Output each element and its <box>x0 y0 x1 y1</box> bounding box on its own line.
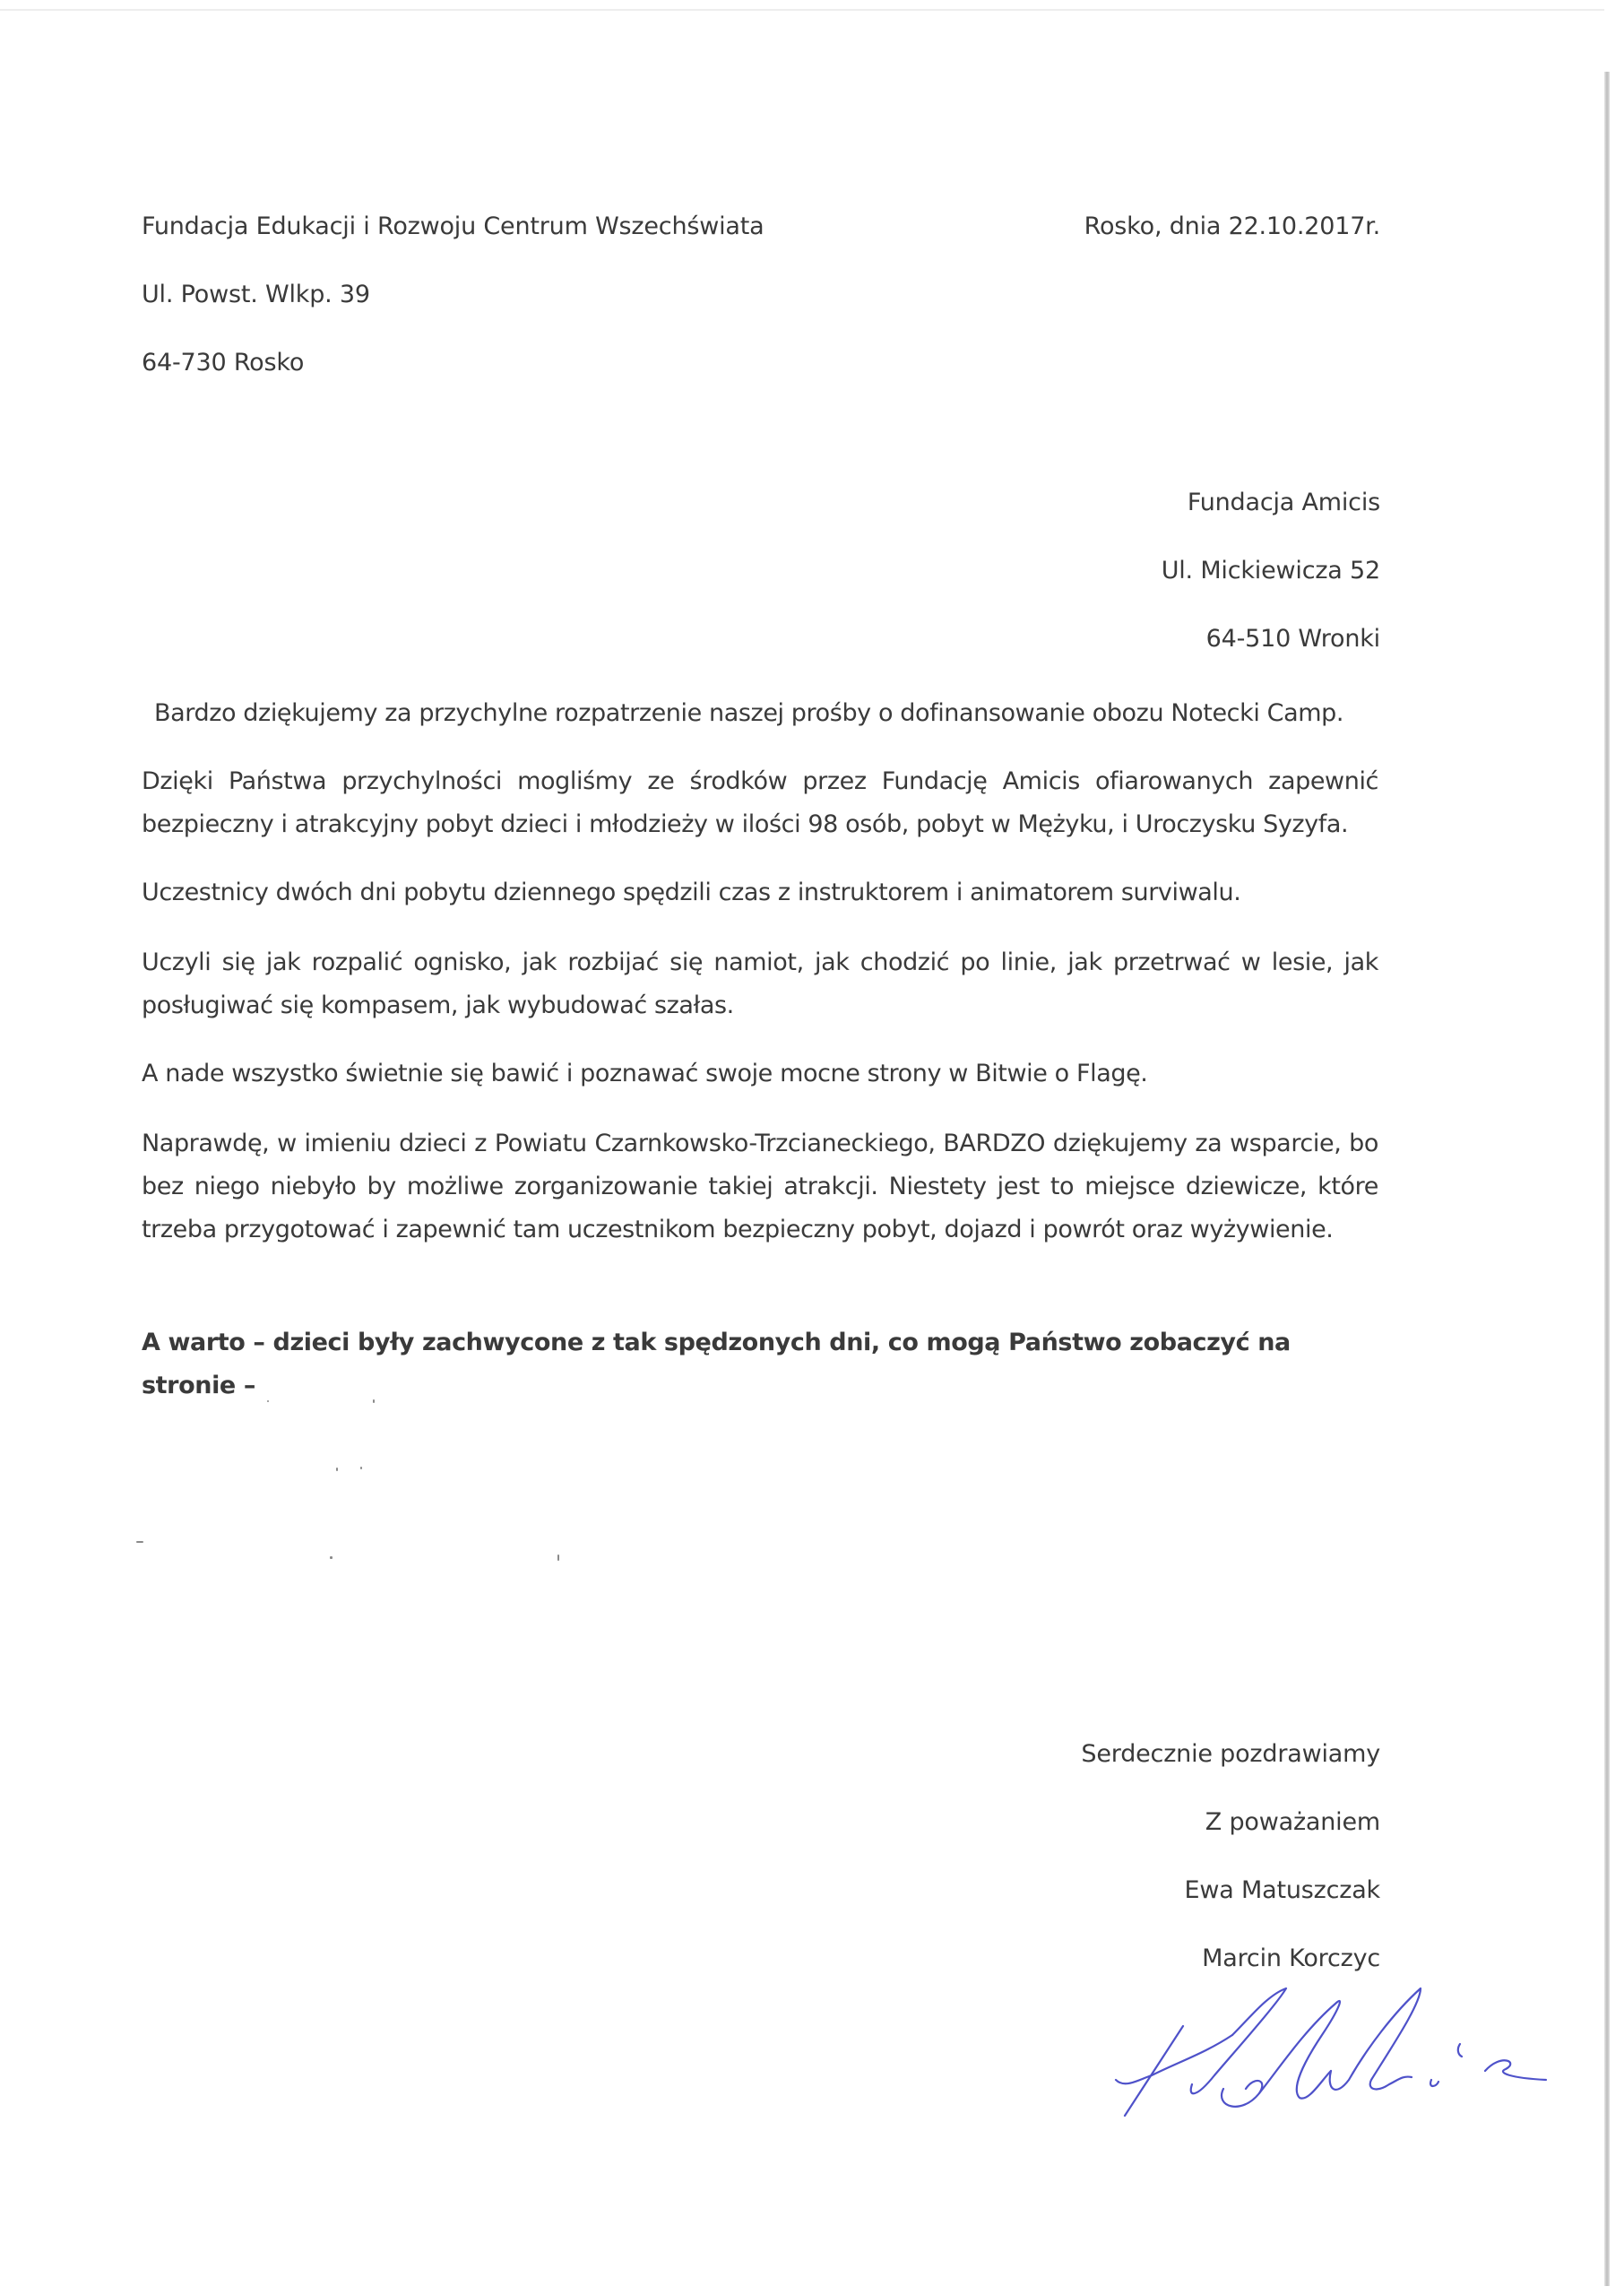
body-paragraph-7: A warto – dzieci były zachwycone z tak s… <box>142 1321 1378 1407</box>
signer-name-1: Ewa Matuszczak <box>1185 1875 1380 1906</box>
scan-speck <box>267 1400 269 1402</box>
sender-city: 64-730 Rosko <box>142 348 304 378</box>
sender-street: Ul. Powst. Wlkp. 39 <box>142 280 370 310</box>
scan-speck <box>557 1555 559 1561</box>
recipient-organization: Fundacja Amicis <box>1188 488 1380 518</box>
body-paragraph-2: Dzięki Państwa przychylności mogliśmy ze… <box>142 760 1378 846</box>
scan-right-edge <box>1604 72 1610 2286</box>
body-paragraph-1: Bardzo dziękujemy za przychylne rozpatrz… <box>154 692 1391 735</box>
body-paragraph-3: Uczestnicy dwóch dni pobytu dziennego sp… <box>142 871 1378 914</box>
body-paragraph-6: Naprawdę, w imieniu dzieci z Powiatu Cza… <box>142 1122 1378 1251</box>
body-paragraph-5: A nade wszystko świetnie się bawić i poz… <box>142 1052 1378 1096</box>
handwritten-signature <box>1098 1963 1582 2143</box>
body-paragraph-4: Uczyli się jak rozpalić ognisko, jak roz… <box>142 941 1378 1027</box>
date-line: Rosko, dnia 22.10.2017r. <box>1084 212 1380 242</box>
scan-top-edge <box>0 9 1604 11</box>
scan-speck <box>330 1556 333 1559</box>
sender-organization: Fundacja Edukacji i Rozwoju Centrum Wsze… <box>142 212 764 242</box>
scan-speck <box>336 1468 338 1471</box>
closing-regards: Z poważaniem <box>1205 1807 1380 1838</box>
recipient-city: 64-510 Wronki <box>1206 624 1380 654</box>
scan-speck <box>373 1399 375 1403</box>
closing-greeting: Serdecznie pozdrawiamy <box>1081 1739 1380 1770</box>
scan-speck <box>136 1541 143 1543</box>
recipient-street: Ul. Mickiewicza 52 <box>1162 556 1380 586</box>
scan-speck <box>360 1467 362 1469</box>
letter-page: Fundacja Edukacji i Rozwoju Centrum Wsze… <box>0 0 1624 2295</box>
